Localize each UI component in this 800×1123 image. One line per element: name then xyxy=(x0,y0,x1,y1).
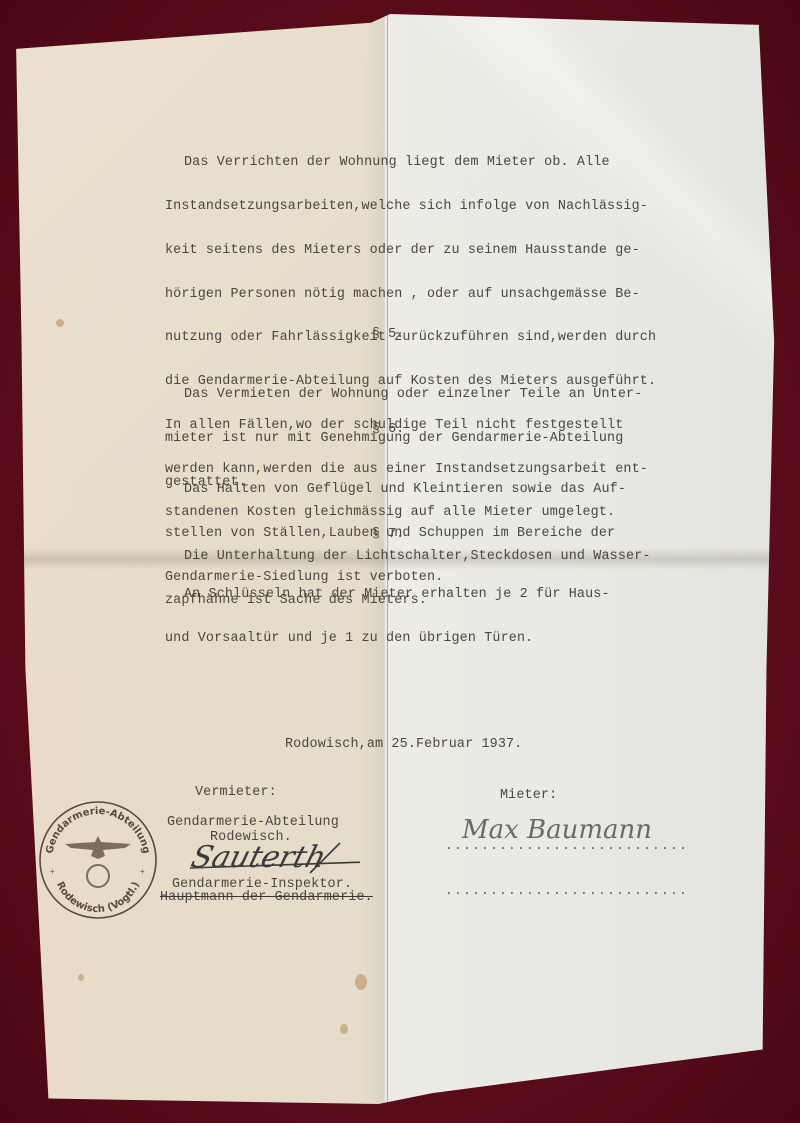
tenant-signature-line-2: ........................... xyxy=(445,883,688,898)
official-stamp: Gendarmerie-Abteilung Rodewisch (Vogtl.)… xyxy=(36,798,160,922)
tenant-signature-line: ........................... xyxy=(445,838,688,853)
text-line: Das Vermieten der Wohnung oder einzelner… xyxy=(165,388,642,403)
stain xyxy=(78,974,84,981)
svg-text:+: + xyxy=(140,868,145,877)
text-line: Das Verrichten der Wohnung liegt dem Mie… xyxy=(165,156,656,171)
landlord-org: Gendarmerie-Abteilung xyxy=(167,816,339,831)
stain xyxy=(56,319,64,327)
section-heading-6: § 6. xyxy=(372,422,404,437)
signature-flourish xyxy=(160,838,360,878)
paragraph-keys: An Schlüsseln hat der Mieter erhalten je… xyxy=(165,559,610,661)
text-line: Instandsetzungsarbeiten,welche sich info… xyxy=(165,200,656,215)
text-line: keit seitens des Mieters oder der zu sei… xyxy=(165,244,656,259)
text-line: hörigen Personen nötig machen , oder auf… xyxy=(165,288,656,303)
stain xyxy=(355,974,367,990)
place-date: Rodowisch,am 25.Februar 1937. xyxy=(285,738,522,753)
section-heading-5: § 5. xyxy=(372,327,404,342)
svg-text:+: + xyxy=(50,868,55,877)
text-line: An Schlüsseln hat der Mieter erhalten je… xyxy=(165,588,610,603)
landlord-struck-title: Hauptmann der Gendarmerie. xyxy=(160,891,373,906)
text-line: nutzung oder Fahrlässigkeit zurückzuführ… xyxy=(165,331,656,346)
tenant-label: Mieter: xyxy=(500,789,557,804)
text-line: und Vorsaaltür und je 1 zu den übrigen T… xyxy=(165,632,610,647)
text-line: Das Halten von Geflügel und Kleintieren … xyxy=(165,483,626,498)
stain xyxy=(340,1024,348,1034)
section-heading-7: § 7. xyxy=(372,527,404,542)
eagle-emblem-icon xyxy=(65,836,131,887)
landlord-label: Vermieter: xyxy=(195,786,277,801)
